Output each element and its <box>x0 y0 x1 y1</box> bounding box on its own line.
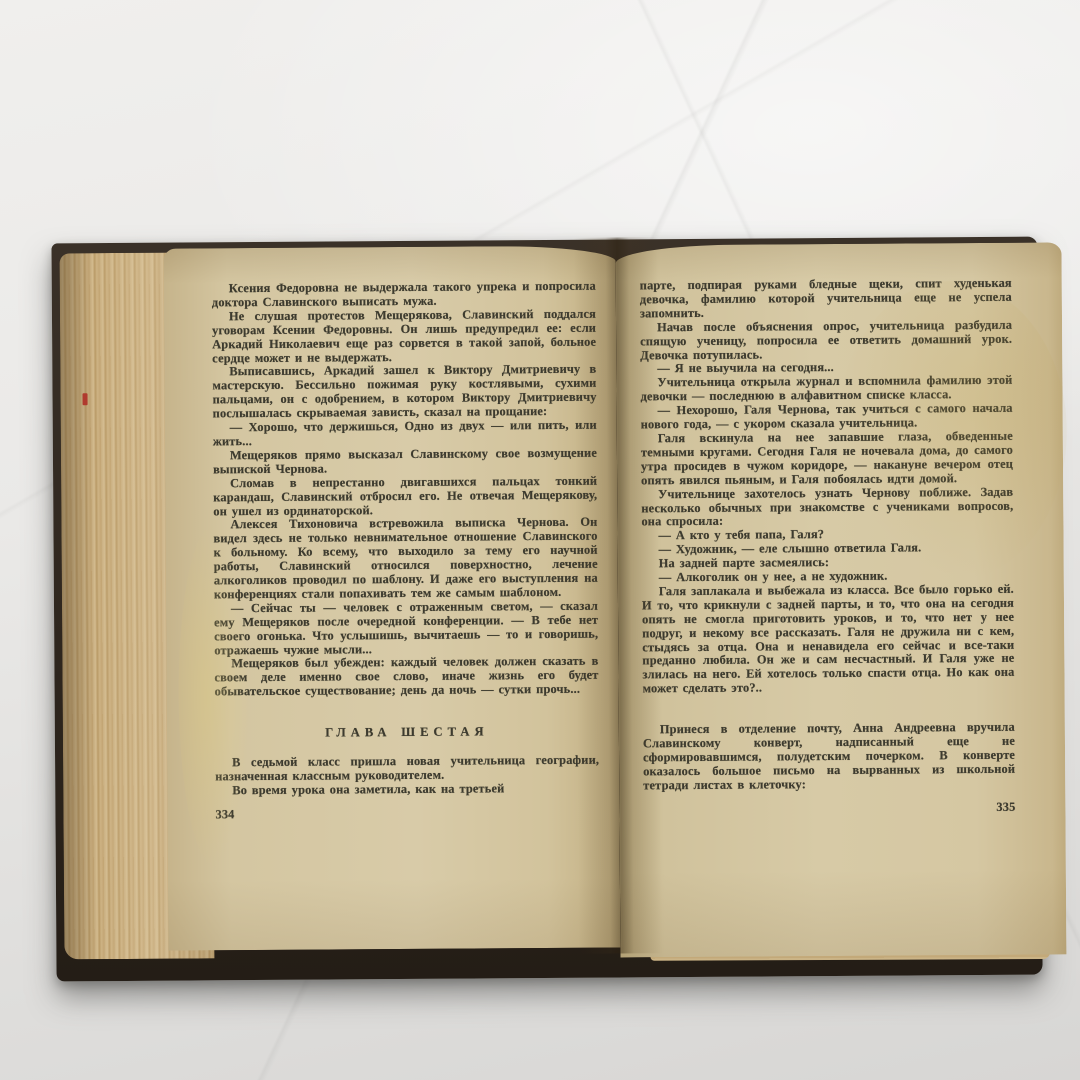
left-page-blocks: Ксения Федоровна не выдержала такого упр… <box>212 280 600 798</box>
paragraph: Алексея Тихоновича встревожила выписка Ч… <box>213 516 598 602</box>
paragraph: Галя заплакала и выбежала из класса. Все… <box>642 583 1015 697</box>
left-page: Ксения Федоровна не выдержала такого упр… <box>164 246 621 951</box>
paragraph: — Нехорошо, Галя Чернова, так учиться с … <box>641 402 1013 432</box>
paragraph: парте, подпирая руками бледные щеки, спи… <box>640 277 1012 321</box>
paragraph: Сломав в непрестанно двигавшихся пальцах… <box>213 474 597 518</box>
red-fleck <box>83 393 88 405</box>
left-page-number: 334 <box>215 805 599 822</box>
right-page-blocks: парте, подпирая руками бледные щеки, спи… <box>640 277 1016 793</box>
paragraph: — Хорошо, что держишься, Одно из двух — … <box>213 419 597 449</box>
paragraph: Мещеряков прямо высказал Славинскому сво… <box>213 447 597 477</box>
section-break <box>643 694 1015 724</box>
paragraph: Мещеряков был убежден: каждый человек до… <box>214 655 598 699</box>
paragraph: Ксения Федоровна не выдержала такого упр… <box>212 280 596 310</box>
paragraph: В седьмой класс пришла новая учительница… <box>215 754 599 784</box>
paragraph: Галя вскинула на нее запавшие глаза, обв… <box>641 430 1013 488</box>
right-page-text: парте, подпирая руками бледные щеки, спи… <box>640 277 1016 817</box>
chapter-heading: ГЛАВА ШЕСТАЯ <box>215 725 599 742</box>
paragraph: Учительница открыла журнал и вспомнила ф… <box>640 374 1012 404</box>
right-page-number: 335 <box>643 800 1015 817</box>
paragraph: Не слушая протестов Мещерякова, Славинск… <box>212 307 596 365</box>
paragraph: Во время урока она заметила, как на трет… <box>215 782 599 799</box>
paragraph: Учительнице захотелось узнать Чернову по… <box>641 485 1013 529</box>
paragraph: Начав после объяснения опрос, учительниц… <box>640 318 1012 362</box>
left-page-text: Ксения Федоровна не выдержала такого упр… <box>212 280 600 822</box>
photo-background-surface: Ксения Федоровна не выдержала такого упр… <box>0 0 1080 1080</box>
paragraph: — Сейчас ты — человек с отраженным свето… <box>214 599 598 657</box>
paragraph: Принеся в отделение почту, Анна Андреевн… <box>643 721 1015 793</box>
open-book: Ксения Федоровна не выдержала такого упр… <box>45 221 1050 990</box>
paragraph: Выписавшись, Аркадий зашел к Виктору Дми… <box>212 363 596 421</box>
right-page: парте, подпирая руками бледные щеки, спи… <box>615 242 1066 957</box>
